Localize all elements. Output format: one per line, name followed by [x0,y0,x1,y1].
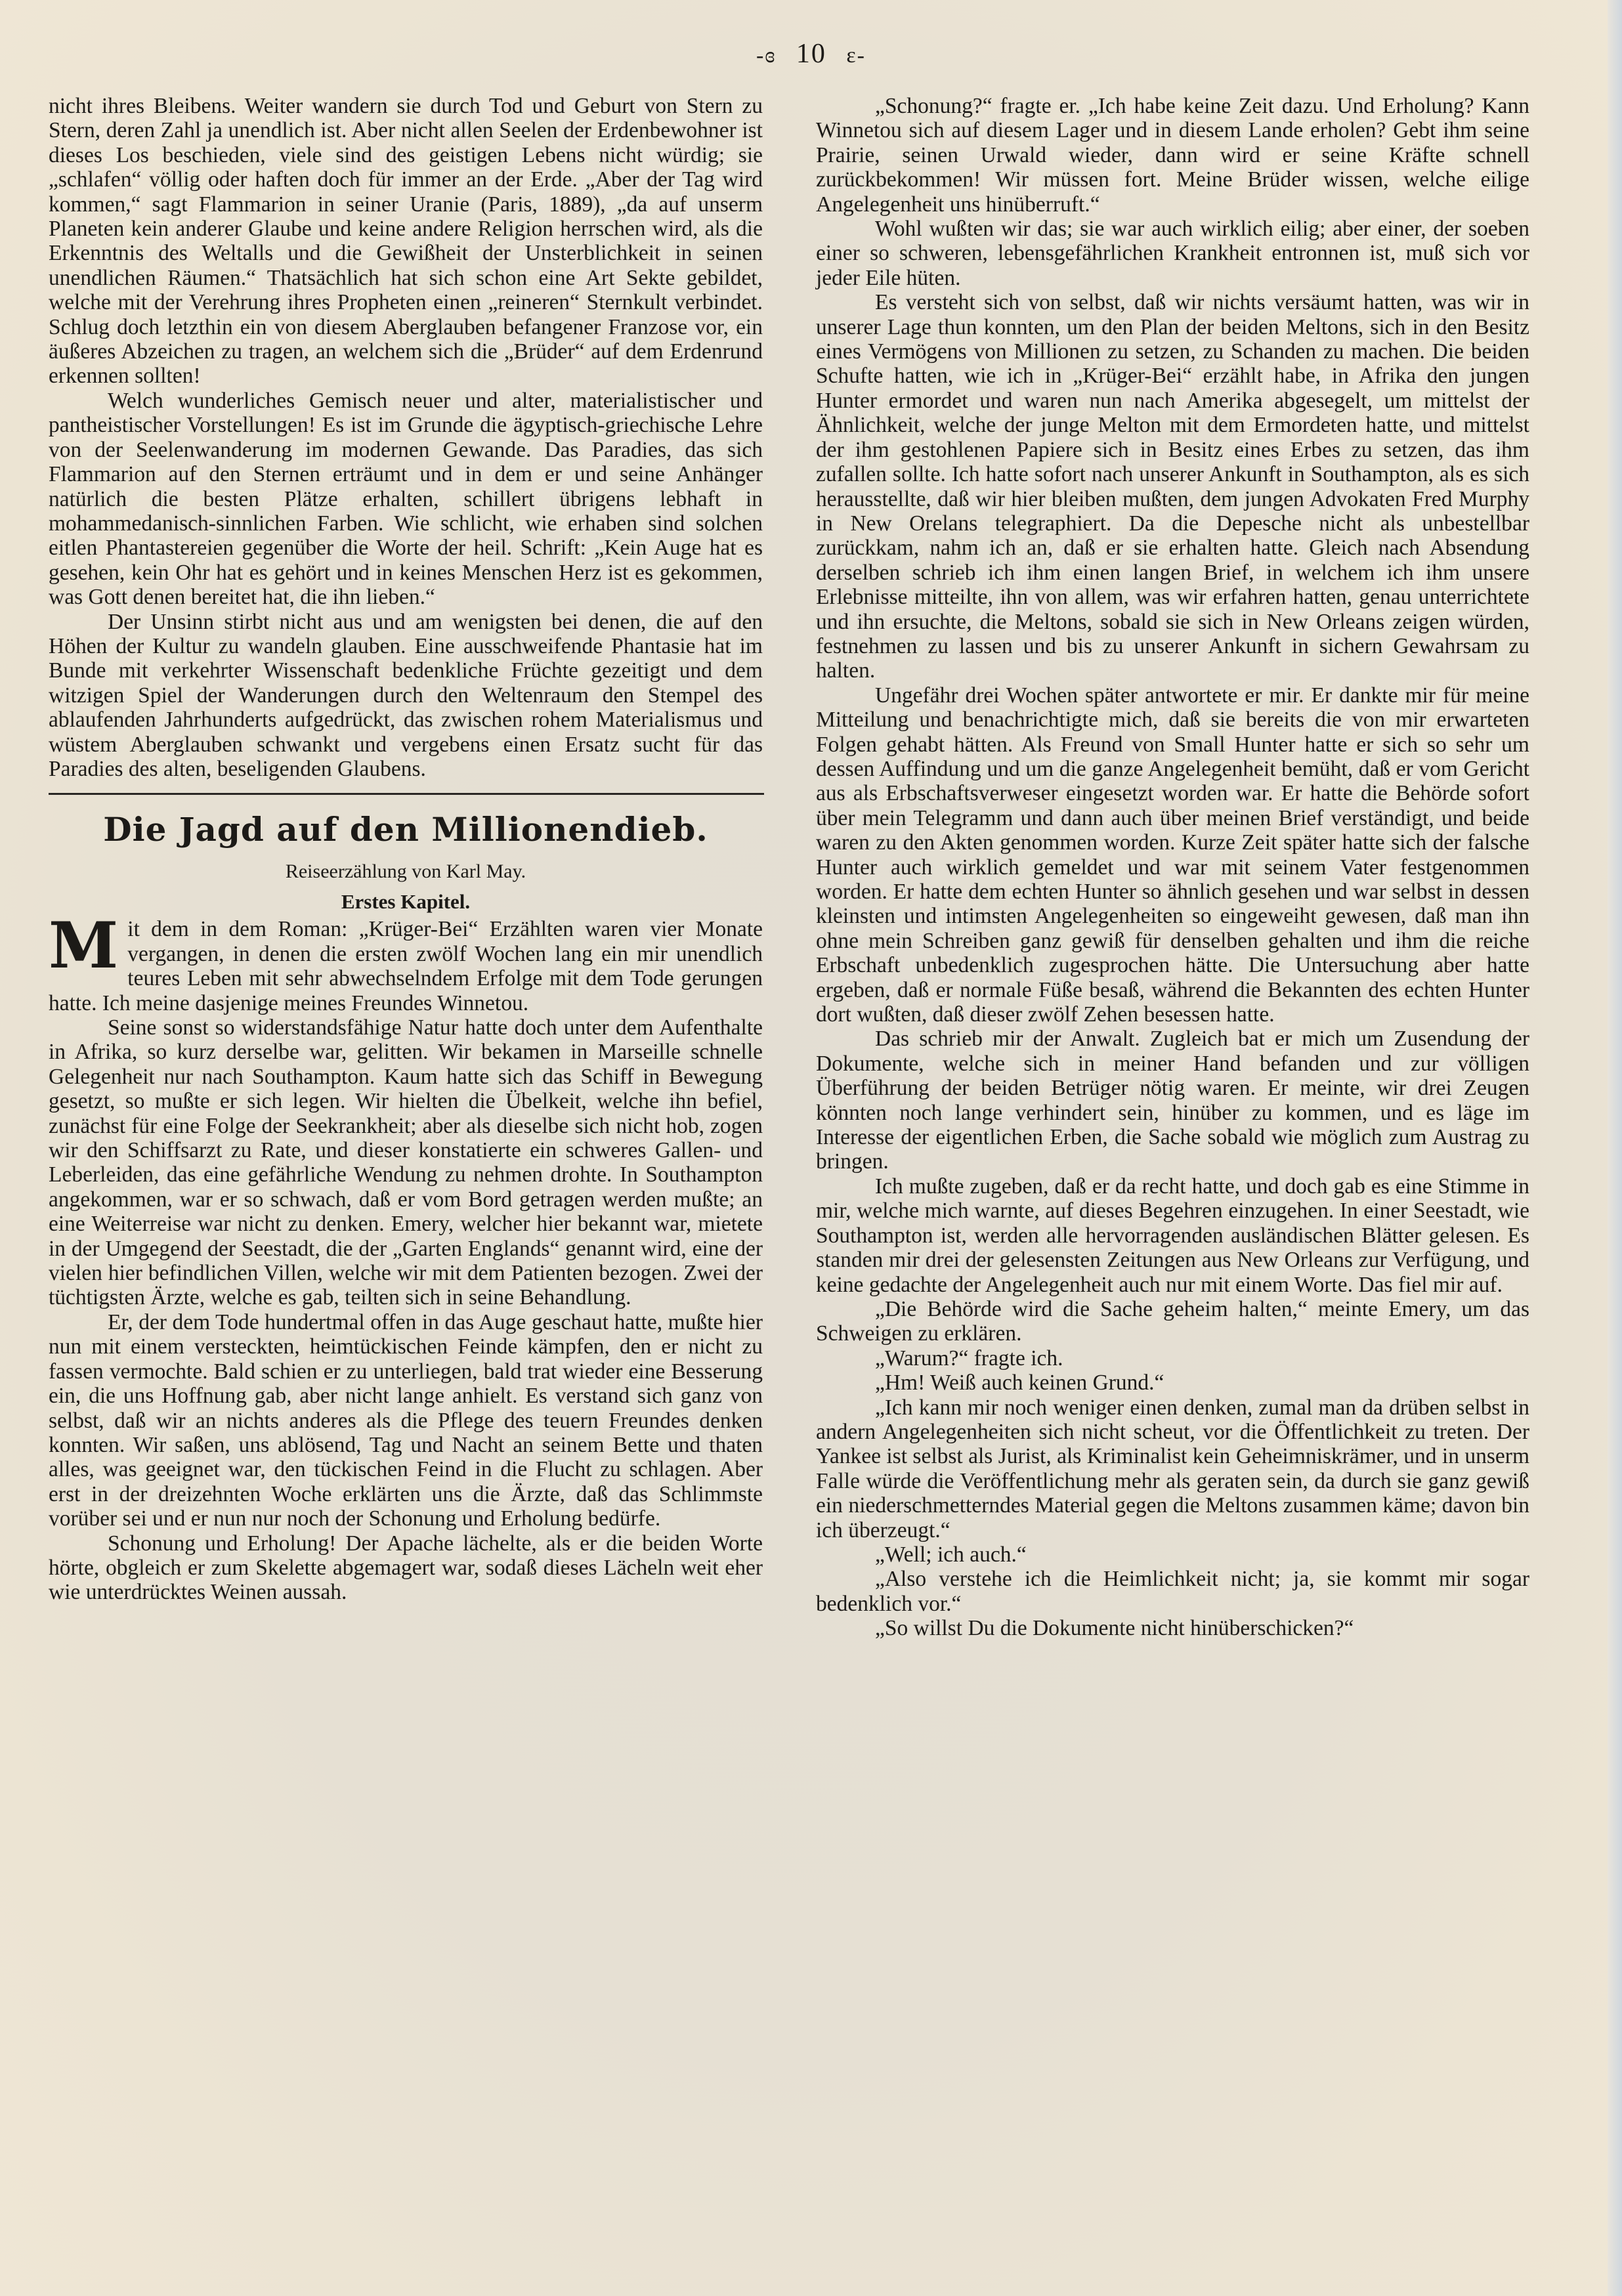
dialogue-line: „Warum?“ fragte ich. [816,1346,1529,1371]
essay-paragraph: nicht ihres Bleibens. Weiter wandern sie… [49,94,763,389]
dialogue-line: „Ich kann mir noch weniger einen denken,… [816,1395,1529,1542]
story-paragraph: Ich mußte zugeben, daß er da recht hatte… [816,1174,1529,1297]
essay-paragraph: Welch wunderliches Gemisch neuer und alt… [49,389,763,610]
story-paragraph: Es versteht sich von selbst, daß wir nic… [816,290,1529,683]
story-paragraph: Wohl wußten wir das; sie war auch wirkli… [816,217,1529,290]
story-byline: Reiseerzählung von Karl May. [49,858,763,885]
story-title: Die Jagd auf den Millionendieb. [49,809,763,850]
story-paragraph: Schonung und Erholung! Der Apache lächel… [49,1531,763,1605]
right-column: „Schonung?“ fragte er. „Ich habe keine Z… [816,94,1529,1641]
drop-cap: M [49,920,118,972]
ornament-left-icon: -ɞ [756,43,776,68]
essay-paragraph: Der Unsinn stirbt nicht aus und am wenig… [49,610,763,782]
dialogue-line: „So willst Du die Dokumente nicht hinübe… [816,1616,1529,1640]
story-first-paragraph: Mit dem in dem Roman: „Krüger-Bei“ Erzäh… [49,917,763,1015]
left-column: nicht ihres Bleibens. Weiter wandern sie… [49,94,763,1605]
page-number: 10 [796,39,826,69]
story-paragraph: Das schrieb mir der Anwalt. Zugleich bat… [816,1027,1529,1174]
dialogue-line: „Die Behörde wird die Sache geheim halte… [816,1297,1529,1346]
story-paragraph: Seine sonst so widerstandsfähige Natur h… [49,1015,763,1310]
first-paragraph-text: it dem in dem Roman: „Krüger-Bei“ Erzähl… [49,917,763,1015]
dialogue-line: „Also verstehe ich die Heimlichkeit nich… [816,1567,1529,1616]
story-paragraph: Er, der dem Tode hundertmal offen in das… [49,1310,763,1531]
story-paragraph: Ungefähr drei Wochen später antwortete e… [816,683,1529,1027]
dialogue-line: „Well; ich auch.“ [816,1542,1529,1567]
story-paragraph: „Schonung?“ fragte er. „Ich habe keine Z… [816,94,1529,217]
section-divider [49,793,764,795]
dialogue-line: „Hm! Weiß auch keinen Grund.“ [816,1371,1529,1395]
ornament-right-icon: ɛ- [846,43,866,68]
page-edge [1608,0,1622,2296]
chapter-heading: Erstes Kapitel. [49,888,763,916]
page-header: -ɞ 10 ɛ- [0,38,1622,70]
